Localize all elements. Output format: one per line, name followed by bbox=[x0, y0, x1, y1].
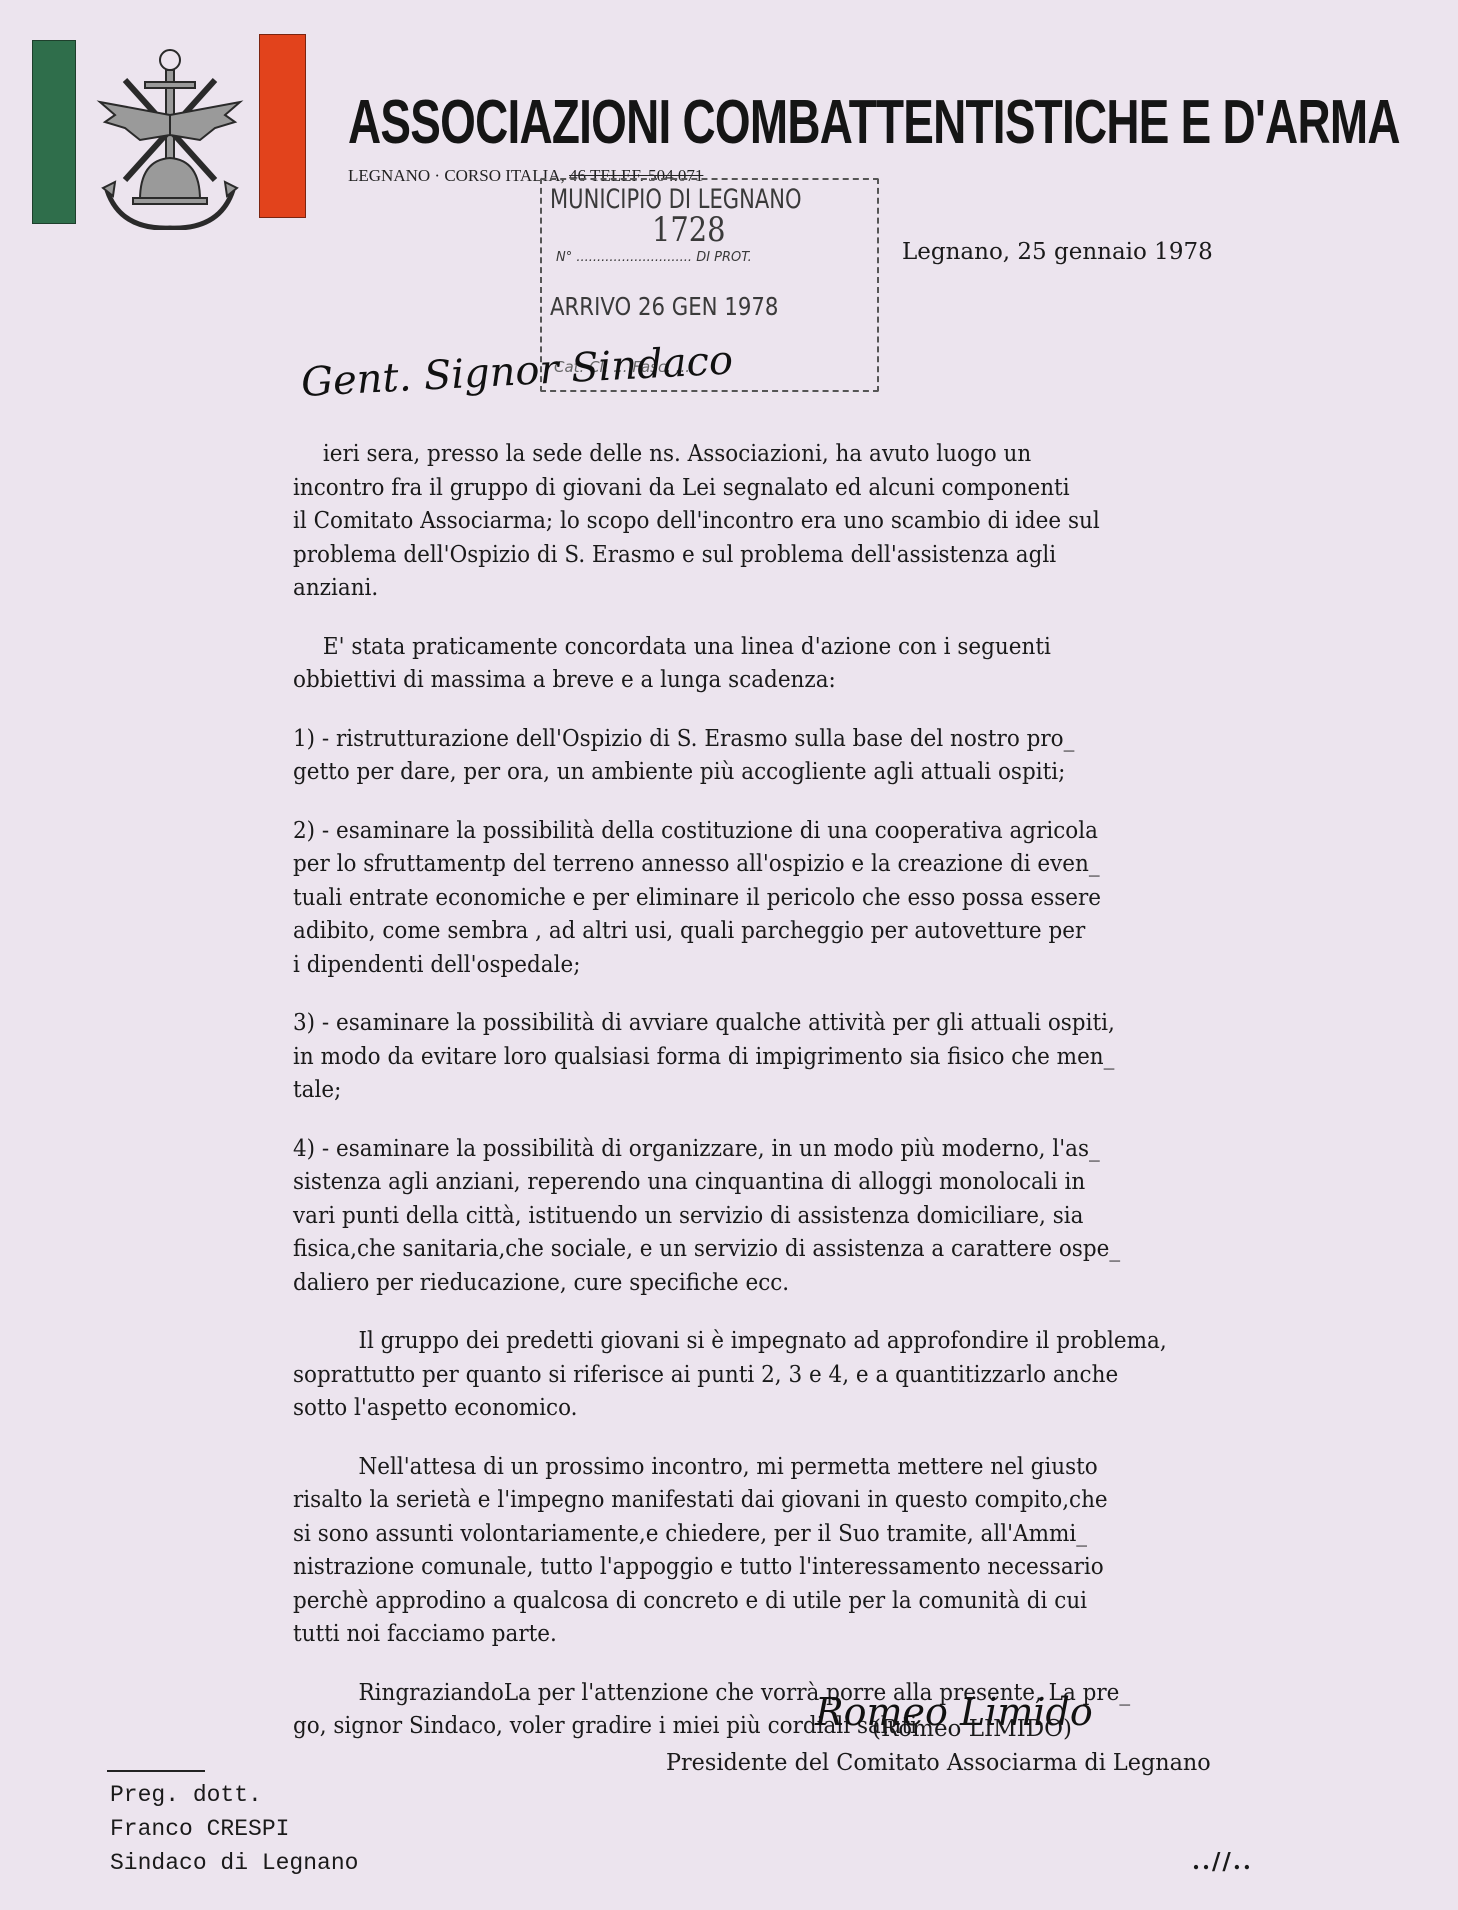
text-line: Il gruppo dei predetti giovani si è impe… bbox=[293, 1325, 1359, 1359]
handwritten-salutation: Gent. Signor Sindaco bbox=[300, 337, 734, 406]
text-line: perchè approdino a qualcosa di concreto … bbox=[293, 1585, 1359, 1619]
text-line: tale; bbox=[293, 1074, 1359, 1108]
addressee-line: Sindaco di Legnano bbox=[110, 1846, 358, 1880]
text-line: 2) - esaminare la possibilità della cost… bbox=[293, 815, 1359, 849]
text-line: il Comitato Associarma; lo scopo dell'in… bbox=[293, 505, 1359, 539]
point-1: 1) - ristrutturazione dell'Ospizio di S.… bbox=[293, 723, 1359, 790]
paragraph-agreement: E' stata praticamente concordata una lin… bbox=[293, 631, 1359, 698]
text-line: incontro fra il gruppo di giovani da Lei… bbox=[293, 472, 1359, 506]
letter-date: Legnano, 25 gennaio 1978 bbox=[902, 239, 1213, 265]
text-line: anziani. bbox=[293, 572, 1359, 606]
text-line: tuali entrate economiche e per eliminare… bbox=[293, 882, 1359, 916]
text-line: vari punti della città, istituendo un se… bbox=[293, 1200, 1359, 1234]
point-4: 4) - esaminare la possibilità di organiz… bbox=[293, 1133, 1359, 1301]
text-line: obbiettivi di massima a breve e a lunga … bbox=[293, 664, 1359, 698]
point-3: 3) - esaminare la possibilità di avviare… bbox=[293, 1007, 1359, 1108]
text-line: ieri sera, presso la sede delle ns. Asso… bbox=[293, 438, 1359, 472]
addressee-line: Franco CRESPI bbox=[110, 1812, 358, 1846]
stamp-protocol-number: 1728 bbox=[652, 210, 726, 250]
signer-title: Presidente del Comitato Associarma di Le… bbox=[666, 1750, 1211, 1776]
addressee-divider bbox=[107, 1770, 205, 1772]
paragraph-request: Nell'attesa di un prossimo incontro, mi … bbox=[293, 1451, 1359, 1652]
text-line: problema dell'Ospizio di S. Erasmo e sul… bbox=[293, 539, 1359, 573]
text-line: Nell'attesa di un prossimo incontro, mi … bbox=[293, 1451, 1359, 1485]
text-line: E' stata praticamente concordata una lin… bbox=[293, 631, 1359, 665]
text-line: i dipendenti dell'ospedale; bbox=[293, 949, 1359, 983]
text-line: getto per dare, per ora, un ambiente più… bbox=[293, 756, 1359, 790]
text-line: 1) - ristrutturazione dell'Ospizio di S.… bbox=[293, 723, 1359, 757]
text-line: 3) - esaminare la possibilità di avviare… bbox=[293, 1007, 1359, 1041]
flag-red-bar bbox=[259, 34, 306, 218]
text-line: risalto la serietà e l'impegno manifesta… bbox=[293, 1484, 1359, 1518]
addressee-block: Preg. dott. Franco CRESPI Sindaco di Leg… bbox=[110, 1778, 358, 1880]
text-line: in modo da evitare loro qualsiasi forma … bbox=[293, 1041, 1359, 1075]
organization-title: ASSOCIAZIONI COMBATTENTISTICHE E D'ARMA bbox=[348, 88, 1400, 158]
letter-body: ieri sera, presso la sede delle ns. Asso… bbox=[293, 438, 1359, 1769]
signer-name: (Romeo LIMIDO) bbox=[872, 1716, 1072, 1742]
text-line: sotto l'aspetto economico. bbox=[293, 1392, 1359, 1426]
stamp-arrival-date: ARRIVO 26 GEN 1978 bbox=[550, 292, 778, 321]
text-line: fisica,che sanitaria,che sociale, e un s… bbox=[293, 1233, 1359, 1267]
text-line: per lo sfruttamentp del terreno annesso … bbox=[293, 848, 1359, 882]
paragraph-intro: ieri sera, presso la sede delle ns. Asso… bbox=[293, 438, 1359, 606]
text-line: tutti noi facciamo parte. bbox=[293, 1618, 1359, 1652]
text-line: sistenza agli anziani, reperendo una cin… bbox=[293, 1166, 1359, 1200]
stamp-protocol-label: N° ............................ DI PROT. bbox=[556, 250, 752, 265]
address-text: LEGNANO · CORSO ITALIA, bbox=[348, 166, 565, 185]
paragraph-group-commitment: Il gruppo dei predetti giovani si è impe… bbox=[293, 1325, 1359, 1426]
text-line: soprattutto per quanto si riferisce ai p… bbox=[293, 1359, 1359, 1393]
text-line: daliero per rieducazione, cure specifich… bbox=[293, 1267, 1359, 1301]
addressee-line: Preg. dott. bbox=[110, 1778, 358, 1812]
text-line: nistrazione comunale, tutto l'appoggio e… bbox=[293, 1551, 1359, 1585]
point-2: 2) - esaminare la possibilità della cost… bbox=[293, 815, 1359, 983]
text-line: 4) - esaminare la possibilità di organiz… bbox=[293, 1133, 1359, 1167]
text-line: adibito, come sembra , ad altri usi, qua… bbox=[293, 915, 1359, 949]
text-line: si sono assunti volontariamente,e chiede… bbox=[293, 1518, 1359, 1552]
page-continuation-mark: ..//.. bbox=[1192, 1848, 1253, 1875]
anchor-wings-emblem-icon bbox=[95, 40, 245, 230]
flag-green-bar bbox=[32, 40, 76, 224]
